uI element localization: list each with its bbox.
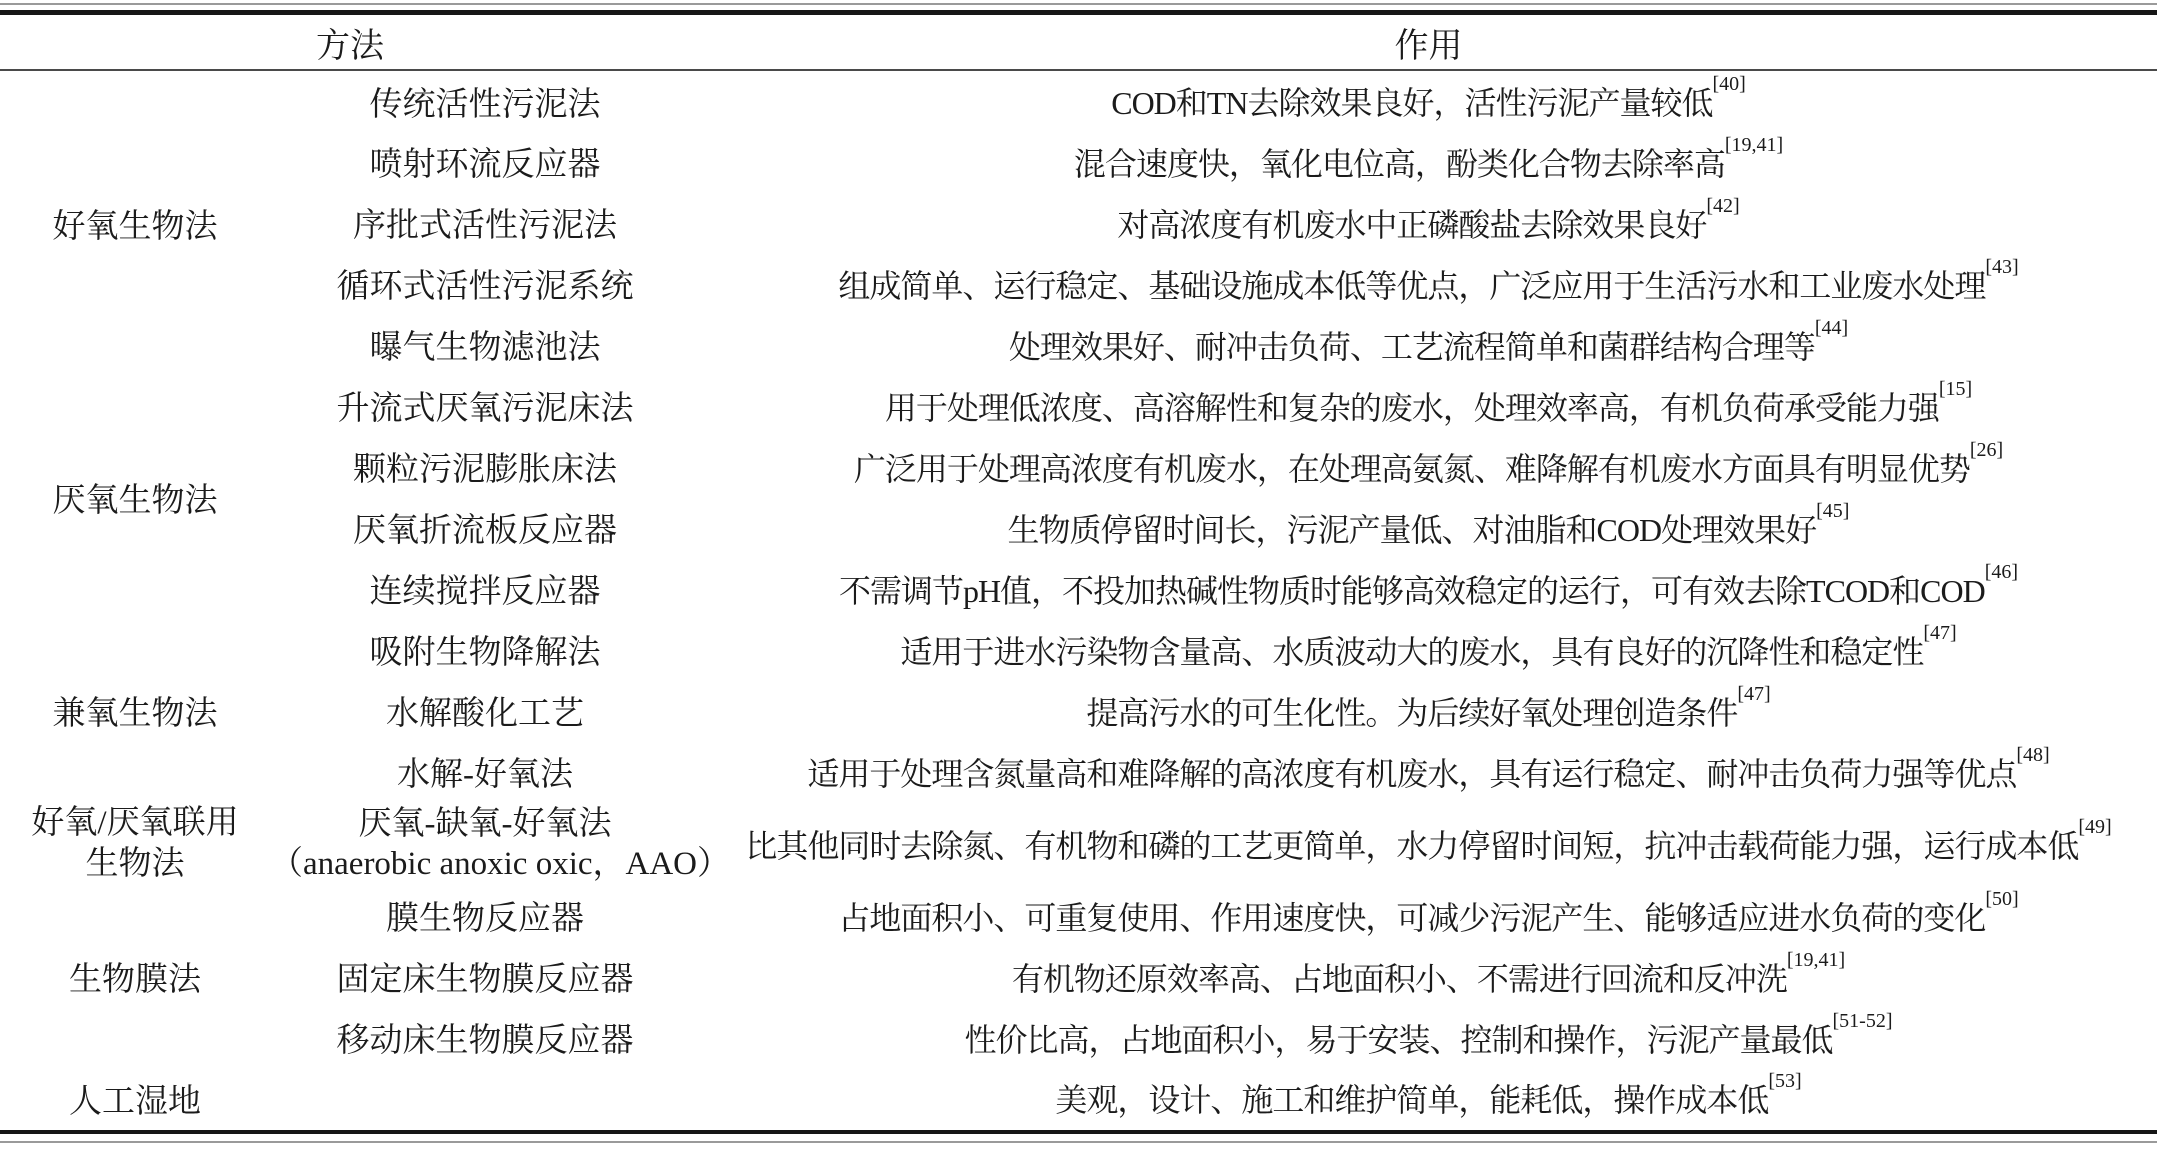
paper-table-sheet: 方法 作用 好氧生物法 传统活性污泥法 COD和TN去除效果良好，活性污泥产量较… bbox=[0, 0, 2157, 1152]
method-cell: 颗粒污泥膨胀床法 bbox=[270, 436, 700, 497]
effect-cell: 对高浓度有机废水中正磷酸盐去除效果良好[42] bbox=[700, 192, 2157, 253]
method-cell: 水解酸化工艺 bbox=[270, 680, 700, 741]
category-cell-facultative: 兼氧生物法 bbox=[0, 619, 270, 802]
effect-cell: 提高污水的可生化性。为后续好氧处理创造条件[47] bbox=[700, 680, 2157, 741]
effect-text: 用于处理低浓度、高溶解性和复杂的废水，处理效率高，有机负荷承受能力强 bbox=[885, 390, 1939, 426]
category-cell-aerobic: 好氧生物法 bbox=[0, 70, 270, 375]
table-row: 生物膜法 膜生物反应器 占地面积小、可重复使用、作用速度快，可减少污泥产生、能够… bbox=[0, 885, 2157, 946]
category-cell-anaerobic: 厌氧生物法 bbox=[0, 375, 270, 619]
effect-cell: 性价比高，占地面积小，易于安装、控制和操作，污泥产量最低[51-52] bbox=[700, 1007, 2157, 1068]
effect-cell: 混合速度快，氧化电位高，酚类化合物去除率高[19,41] bbox=[700, 131, 2157, 192]
method-cell: 厌氧-缺氧-好氧法 （anaerobic anoxic oxic，AAO） bbox=[270, 802, 700, 885]
effect-text: 性价比高，占地面积小，易于安装、控制和操作，污泥产量最低 bbox=[965, 1022, 1833, 1058]
reference-marker: [47] bbox=[1923, 622, 1956, 644]
effect-cell: 处理效果好、耐冲击负荷、工艺流程简单和菌群结构合理等[44] bbox=[700, 314, 2157, 375]
table-row: 厌氧生物法 升流式厌氧污泥床法 用于处理低浓度、高溶解性和复杂的废水，处理效率高… bbox=[0, 375, 2157, 436]
header-method: 方法 bbox=[0, 16, 700, 70]
reference-marker: [51-52] bbox=[1833, 1010, 1893, 1032]
method-cell: 喷射环流反应器 bbox=[270, 131, 700, 192]
effect-text: 处理效果好、耐冲击负荷、工艺流程简单和菌群结构合理等 bbox=[1009, 329, 1815, 365]
method-cell: 序批式活性污泥法 bbox=[270, 192, 700, 253]
effect-cell: 比其他同时去除氮、有机物和磷的工艺更简单，水力停留时间短，抗冲击载荷能力强，运行… bbox=[700, 802, 2157, 885]
table-row: 序批式活性污泥法 对高浓度有机废水中正磷酸盐去除效果良好[42] bbox=[0, 192, 2157, 253]
reference-marker: [45] bbox=[1816, 500, 1849, 522]
method-cell: 厌氧折流板反应器 bbox=[270, 497, 700, 558]
bottom-rule-thin bbox=[0, 1141, 2157, 1143]
reference-marker: [44] bbox=[1815, 317, 1848, 339]
effect-cell: 不需调节pH值，不投加热碱性物质时能够高效稳定的运行，可有效去除TCOD和COD… bbox=[700, 558, 2157, 619]
table-row: 循环式活性污泥系统 组成简单、运行稳定、基础设施成本低等优点，广泛应用于生活污水… bbox=[0, 253, 2157, 314]
category-cell-biofilm: 生物膜法 bbox=[0, 885, 270, 1068]
effect-cell: 用于处理低浓度、高溶解性和复杂的废水，处理效率高，有机负荷承受能力强[15] bbox=[700, 375, 2157, 436]
reference-marker: [26] bbox=[1970, 439, 2003, 461]
method-cell: 连续搅拌反应器 bbox=[270, 558, 700, 619]
reference-marker: [46] bbox=[1985, 561, 2018, 583]
method-cell: 固定床生物膜反应器 bbox=[270, 946, 700, 1007]
effect-cell: 适用于进水污染物含量高、水质波动大的废水，具有良好的沉降性和稳定性[47] bbox=[700, 619, 2157, 680]
reference-marker: [43] bbox=[1985, 256, 2018, 278]
effect-cell: 组成简单、运行稳定、基础设施成本低等优点，广泛应用于生活污水和工业废水处理[43… bbox=[700, 253, 2157, 314]
reference-marker: [42] bbox=[1706, 195, 1739, 217]
category-cell-constructed-wetland: 人工湿地 bbox=[0, 1068, 270, 1128]
effect-cell: 适用于处理含氮量高和难降解的高浓度有机废水，具有运行稳定、耐冲击负荷力强等优点[… bbox=[700, 741, 2157, 802]
method-cell: 曝气生物滤池法 bbox=[270, 314, 700, 375]
effect-text: 适用于处理含氮量高和难降解的高浓度有机废水，具有运行稳定、耐冲击负荷力强等优点 bbox=[807, 756, 2016, 792]
table-row: 曝气生物滤池法 处理效果好、耐冲击负荷、工艺流程简单和菌群结构合理等[44] bbox=[0, 314, 2157, 375]
table-row: 厌氧折流板反应器 生物质停留时间长，污泥产量低、对油脂和COD处理效果好[45] bbox=[0, 497, 2157, 558]
effect-text: 提高污水的可生化性。为后续好氧处理创造条件 bbox=[1086, 695, 1737, 731]
methods-effects-table: 方法 作用 好氧生物法 传统活性污泥法 COD和TN去除效果良好，活性污泥产量较… bbox=[0, 16, 2157, 1128]
method-cell: 膜生物反应器 bbox=[270, 885, 700, 946]
category-cell-combined: 好氧/厌氧联用生物法 bbox=[0, 802, 270, 885]
header-effect: 作用 bbox=[700, 16, 2157, 70]
reference-marker: [19,41] bbox=[1725, 134, 1783, 156]
table-row: 好氧/厌氧联用生物法 厌氧-缺氧-好氧法 （anaerobic anoxic o… bbox=[0, 802, 2157, 885]
effect-text: 对高浓度有机废水中正磷酸盐去除效果良好 bbox=[1117, 207, 1706, 243]
effect-cell: 生物质停留时间长，污泥产量低、对油脂和COD处理效果好[45] bbox=[700, 497, 2157, 558]
effect-cell: COD和TN去除效果良好，活性污泥产量较低[40] bbox=[700, 70, 2157, 131]
effect-text: 混合速度快，氧化电位高，酚类化合物去除率高 bbox=[1074, 146, 1725, 182]
table-row: 喷射环流反应器 混合速度快，氧化电位高，酚类化合物去除率高[19,41] bbox=[0, 131, 2157, 192]
effect-cell: 美观，设计、施工和维护简单，能耗低，操作成本低[53] bbox=[700, 1068, 2157, 1128]
table-row: 水解-好氧法 适用于处理含氮量高和难降解的高浓度有机废水，具有运行稳定、耐冲击负… bbox=[0, 741, 2157, 802]
table-row: 固定床生物膜反应器 有机物还原效率高、占地面积小、不需进行回流和反冲洗[19,4… bbox=[0, 946, 2157, 1007]
method-cell: 传统活性污泥法 bbox=[270, 70, 700, 131]
top-rule-thick bbox=[0, 10, 2157, 15]
effect-text: COD和TN去除效果良好，活性污泥产量较低 bbox=[1111, 85, 1712, 121]
method-cell-empty bbox=[270, 1068, 700, 1128]
table-row: 人工湿地 美观，设计、施工和维护简单，能耗低，操作成本低[53] bbox=[0, 1068, 2157, 1128]
method-cell: 吸附生物降解法 bbox=[270, 619, 700, 680]
table-row: 兼氧生物法 吸附生物降解法 适用于进水污染物含量高、水质波动大的废水，具有良好的… bbox=[0, 619, 2157, 680]
reference-marker: [15] bbox=[1939, 378, 1972, 400]
top-rule-thin bbox=[0, 3, 2157, 5]
reference-marker: [48] bbox=[2016, 744, 2049, 766]
header-row: 方法 作用 bbox=[0, 16, 2157, 70]
effect-cell: 有机物还原效率高、占地面积小、不需进行回流和反冲洗[19,41] bbox=[700, 946, 2157, 1007]
method-cell: 升流式厌氧污泥床法 bbox=[270, 375, 700, 436]
reference-marker: [47] bbox=[1737, 683, 1770, 705]
effect-text: 广泛用于处理高浓度有机废水，在处理高氨氮、难降解有机废水方面具有明显优势 bbox=[854, 451, 1970, 487]
effect-text: 组成简单、运行稳定、基础设施成本低等优点，广泛应用于生活污水和工业废水处理 bbox=[838, 268, 1985, 304]
method-name-english: （anaerobic anoxic oxic，AAO） bbox=[270, 844, 700, 884]
category-label: 好氧/厌氧联用生物法 bbox=[15, 803, 255, 885]
table-row: 连续搅拌反应器 不需调节pH值，不投加热碱性物质时能够高效稳定的运行，可有效去除… bbox=[0, 558, 2157, 619]
method-name: 厌氧-缺氧-好氧法 bbox=[270, 804, 700, 844]
reference-marker: [40] bbox=[1712, 73, 1745, 95]
table-row: 水解酸化工艺 提高污水的可生化性。为后续好氧处理创造条件[47] bbox=[0, 680, 2157, 741]
method-cell: 移动床生物膜反应器 bbox=[270, 1007, 700, 1068]
table-row: 颗粒污泥膨胀床法 广泛用于处理高浓度有机废水，在处理高氨氮、难降解有机废水方面具… bbox=[0, 436, 2157, 497]
reference-marker: [53] bbox=[1768, 1070, 1801, 1092]
bottom-rule-thick bbox=[0, 1130, 2157, 1134]
effect-text: 不需调节pH值，不投加热碱性物质时能够高效稳定的运行，可有效去除TCOD和COD bbox=[839, 573, 1985, 609]
effect-text: 比其他同时去除氮、有机物和磷的工艺更简单，水力停留时间短，抗冲击载荷能力强，运行… bbox=[745, 828, 2078, 864]
table-row: 移动床生物膜反应器 性价比高，占地面积小，易于安装、控制和操作，污泥产量最低[5… bbox=[0, 1007, 2157, 1068]
reference-marker: [50] bbox=[1985, 888, 2018, 910]
effect-cell: 广泛用于处理高浓度有机废水，在处理高氨氮、难降解有机废水方面具有明显优势[26] bbox=[700, 436, 2157, 497]
effect-text: 生物质停留时间长，污泥产量低、对油脂和COD处理效果好 bbox=[1008, 512, 1817, 548]
reference-marker: [19,41] bbox=[1787, 949, 1845, 971]
effect-text: 适用于进水污染物含量高、水质波动大的废水，具有良好的沉降性和稳定性 bbox=[900, 634, 1923, 670]
effect-text: 美观，设计、施工和维护简单，能耗低，操作成本低 bbox=[1055, 1082, 1768, 1118]
method-cell: 水解-好氧法 bbox=[270, 741, 700, 802]
reference-marker: [49] bbox=[2078, 816, 2111, 838]
effect-text: 占地面积小、可重复使用、作用速度快，可减少污泥产生、能够适应进水负荷的变化 bbox=[838, 900, 1985, 936]
method-cell: 循环式活性污泥系统 bbox=[270, 253, 700, 314]
effect-text: 有机物还原效率高、占地面积小、不需进行回流和反冲洗 bbox=[1012, 961, 1787, 997]
effect-cell: 占地面积小、可重复使用、作用速度快，可减少污泥产生、能够适应进水负荷的变化[50… bbox=[700, 885, 2157, 946]
table-row: 好氧生物法 传统活性污泥法 COD和TN去除效果良好，活性污泥产量较低[40] bbox=[0, 70, 2157, 131]
